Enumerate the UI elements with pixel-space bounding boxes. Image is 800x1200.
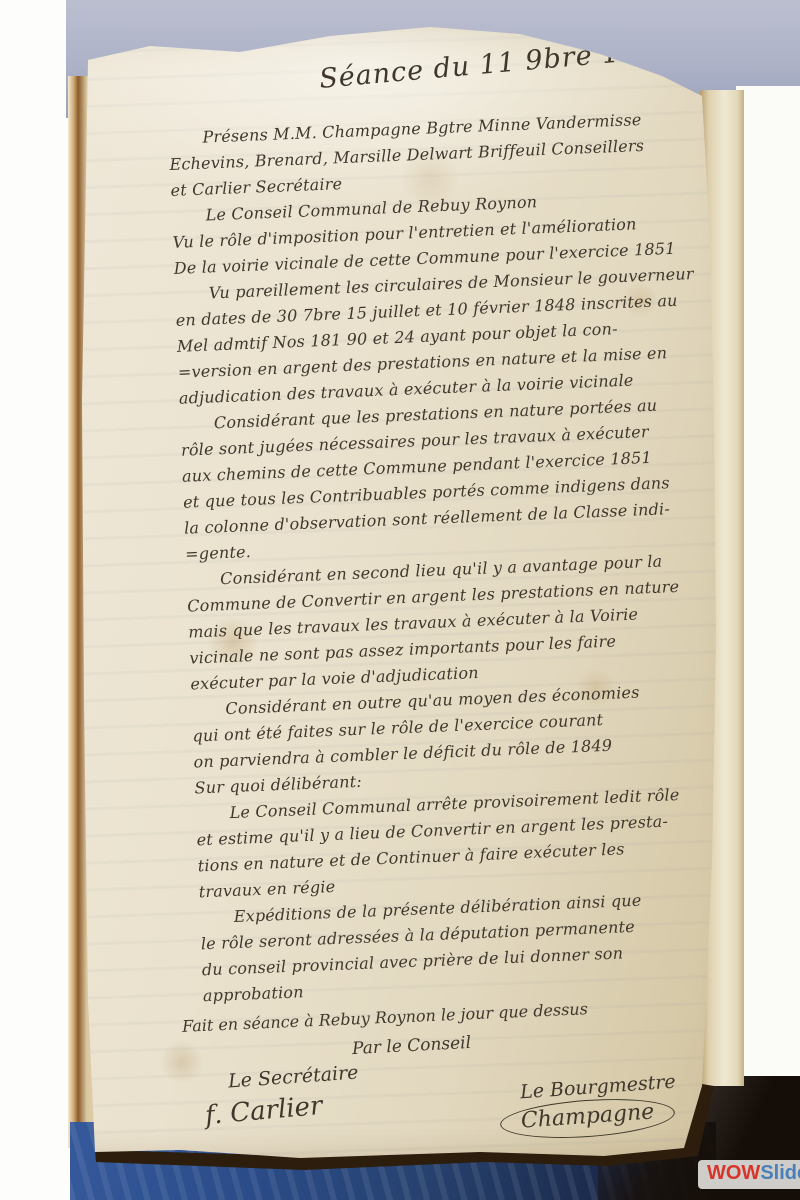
background-right [736,86,800,1086]
watermark-slider-text: Slider [760,1162,800,1184]
manuscript-photo: Séance du 11 9bre 1850 Présens M.M. Cham… [0,0,800,1200]
closing-line-par-le-conseil: Par le Conseil [352,1033,472,1059]
manuscript-body: Présens M.M. Champagne Bgtre Minne Vande… [168,104,755,1009]
watermark-wow-text: WOW [707,1162,760,1184]
wowslider-watermark[interactable]: WOWSlider [698,1160,800,1189]
manuscript-page: Séance du 11 9bre 1850 Présens M.M. Cham… [0,0,800,1200]
signature-carlier: f. Carlier [204,1091,324,1131]
signature-secretaire-role: Le Secrétaire [227,1061,359,1092]
